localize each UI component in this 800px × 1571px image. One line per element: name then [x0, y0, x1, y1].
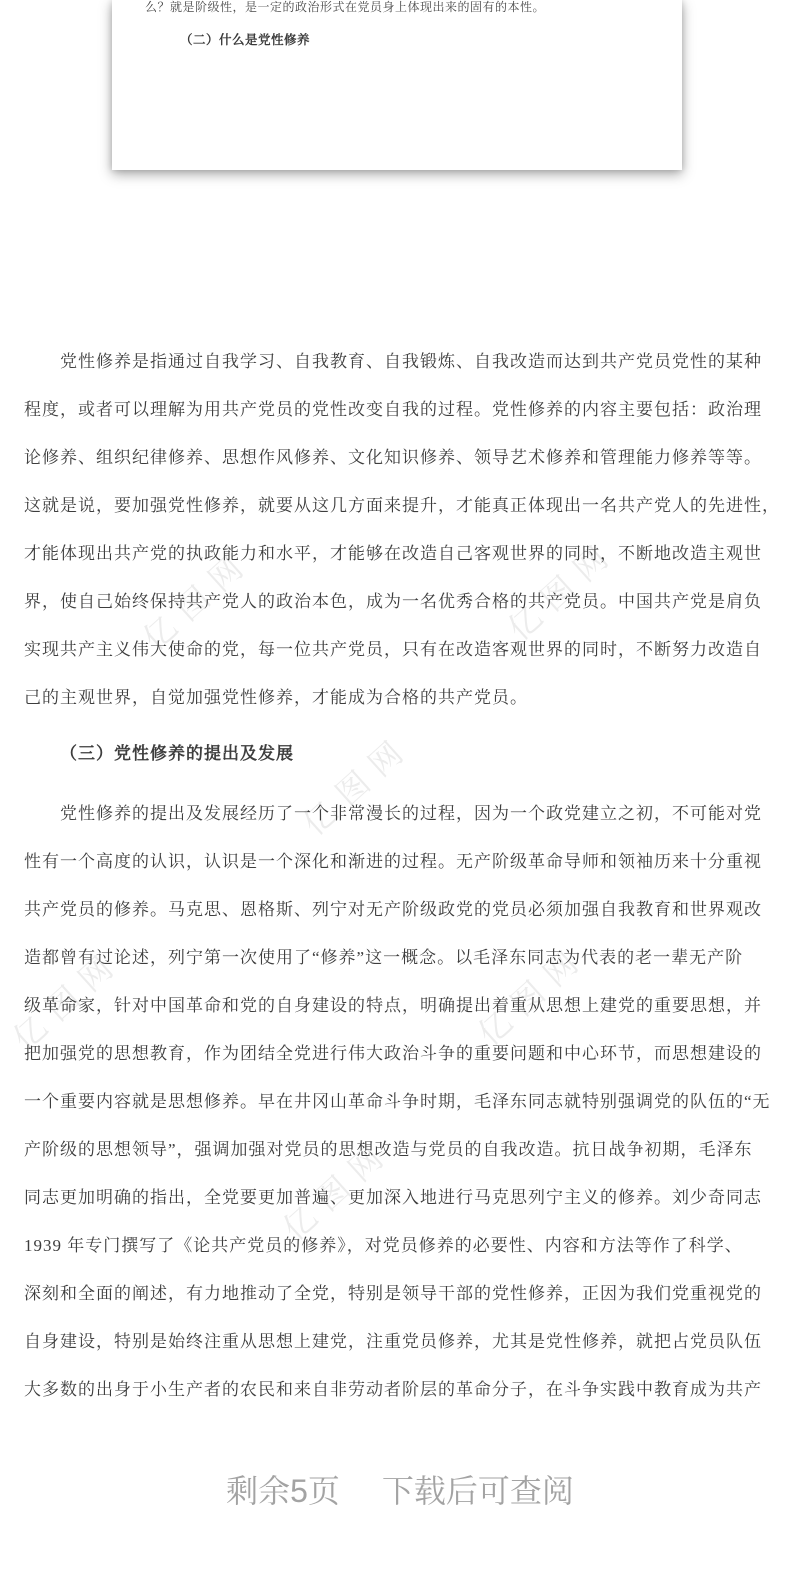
doc-text-line: 党性修养是指通过自我学习、自我教育、自我锻炼、自我改造而达到共产党员党性的某种	[24, 338, 776, 386]
doc-text-line: 一个重要内容就是思想修养。早在井冈山革命斗争时期，毛泽东同志就特别强调党的队伍的…	[24, 1078, 776, 1126]
doc-text-line: 界，使自己始终保持共产党人的政治本色，成为一名优秀合格的共产党员。中国共产党是肩…	[24, 578, 776, 626]
paragraph-party-spirit-definition: 党性修养是指通过自我学习、自我教育、自我锻炼、自我改造而达到共产党员党性的某种程…	[24, 338, 776, 722]
doc-text-line: 共产党员的修养。马克思、恩格斯、列宁对无产阶级政党的党员必须加强自我教育和世界观…	[24, 886, 776, 934]
doc-text-line: 实现共产主义伟大使命的党，每一位共产党员，只有在改造客观世界的同时，不断努力改造…	[24, 626, 776, 674]
doc-text-line: 才能体现出共产党的执政能力和水平，才能够在改造自己客观世界的同时，不断地改造主观…	[24, 530, 776, 578]
document-body: 党性修养是指通过自我学习、自我教育、自我锻炼、自我改造而达到共产党员党性的某种程…	[24, 338, 776, 1414]
doc-text-line: 同志更加明确的指出，全党要更加普遍、更加深入地进行马克思列宁主义的修养。刘少奇同…	[24, 1174, 776, 1222]
doc-text-line: 程度，或者可以理解为用共产党员的党性改变自我的过程。党性修养的内容主要包括：政治…	[24, 386, 776, 434]
doc-text-line: 己的主观世界，自觉加强党性修养，才能成为合格的共产党员。	[24, 674, 776, 722]
page1-section2-heading: （二）什么是党性修养	[180, 30, 310, 48]
doc-text-line: 1939 年专门撰写了《论共产党员的修养》，对党员修养的必要性、内容和方法等作了…	[24, 1222, 776, 1270]
doc-text-line: 产阶级的思想领导”，强调加强对党员的思想改造与党员的自我改造。抗日战争初期，毛泽…	[24, 1126, 776, 1174]
download-to-view-hint: 下载后可查阅	[382, 1473, 574, 1509]
doc-text-line: 造都曾有过论述，列宁第一次使用了“修养”这一概念。以毛泽东同志为代表的老一辈无产…	[24, 934, 776, 982]
doc-text-line: 大多数的出身于小生产者的农民和来自非劳动者阶层的革命分子，在斗争实践中教育成为共…	[24, 1366, 776, 1414]
doc-text-line: 深刻和全面的阐述，有力地推动了全党，特别是领导干部的党性修养，正因为我们党重视党…	[24, 1270, 776, 1318]
doc-text-line: 自身建设，特别是始终注重从思想上建党，注重党员修养，尤其是党性修养，就把占党员队…	[24, 1318, 776, 1366]
doc-text-line: 把加强党的思想教育，作为团结全党进行伟大政治斗争的重要问题和中心环节，而思想建设…	[24, 1030, 776, 1078]
document-page-card: 么？就是阶级性，是一定的政治形式在党员身上体现出来的固有的本性。 （二）什么是党…	[112, 0, 682, 170]
doc-text-line: 党性修养的提出及发展经历了一个非常漫长的过程，因为一个政党建立之初，不可能对党	[24, 790, 776, 838]
page1-paragraph-tail: 么？就是阶级性，是一定的政治形式在党员身上体现出来的固有的本性。	[145, 0, 545, 15]
remaining-pages-count: 剩余5页	[226, 1473, 340, 1509]
doc-text-line: 性有一个高度的认识，认识是一个深化和渐进的过程。无产阶级革命导师和领袖历来十分重…	[24, 838, 776, 886]
paragraph-party-spirit-history: 党性修养的提出及发展经历了一个非常漫长的过程，因为一个政党建立之初，不可能对党性…	[24, 790, 776, 1414]
doc-text-line: 论修养、组织纪律修养、思想作风修养、文化知识修养、领导艺术修养和管理能力修养等等…	[24, 434, 776, 482]
doc-text-line: 级革命家，针对中国革命和党的自身建设的特点，明确提出着重从思想上建党的重要思想，…	[24, 982, 776, 1030]
section3-heading: （三）党性修养的提出及发展	[24, 730, 776, 778]
remaining-pages-hint: 剩余5页下载后可查阅	[0, 1466, 800, 1512]
doc-text-line: 这就是说，要加强党性修养，就要从这几方面来提升，才能真正体现出一名共产党人的先进…	[24, 482, 776, 530]
